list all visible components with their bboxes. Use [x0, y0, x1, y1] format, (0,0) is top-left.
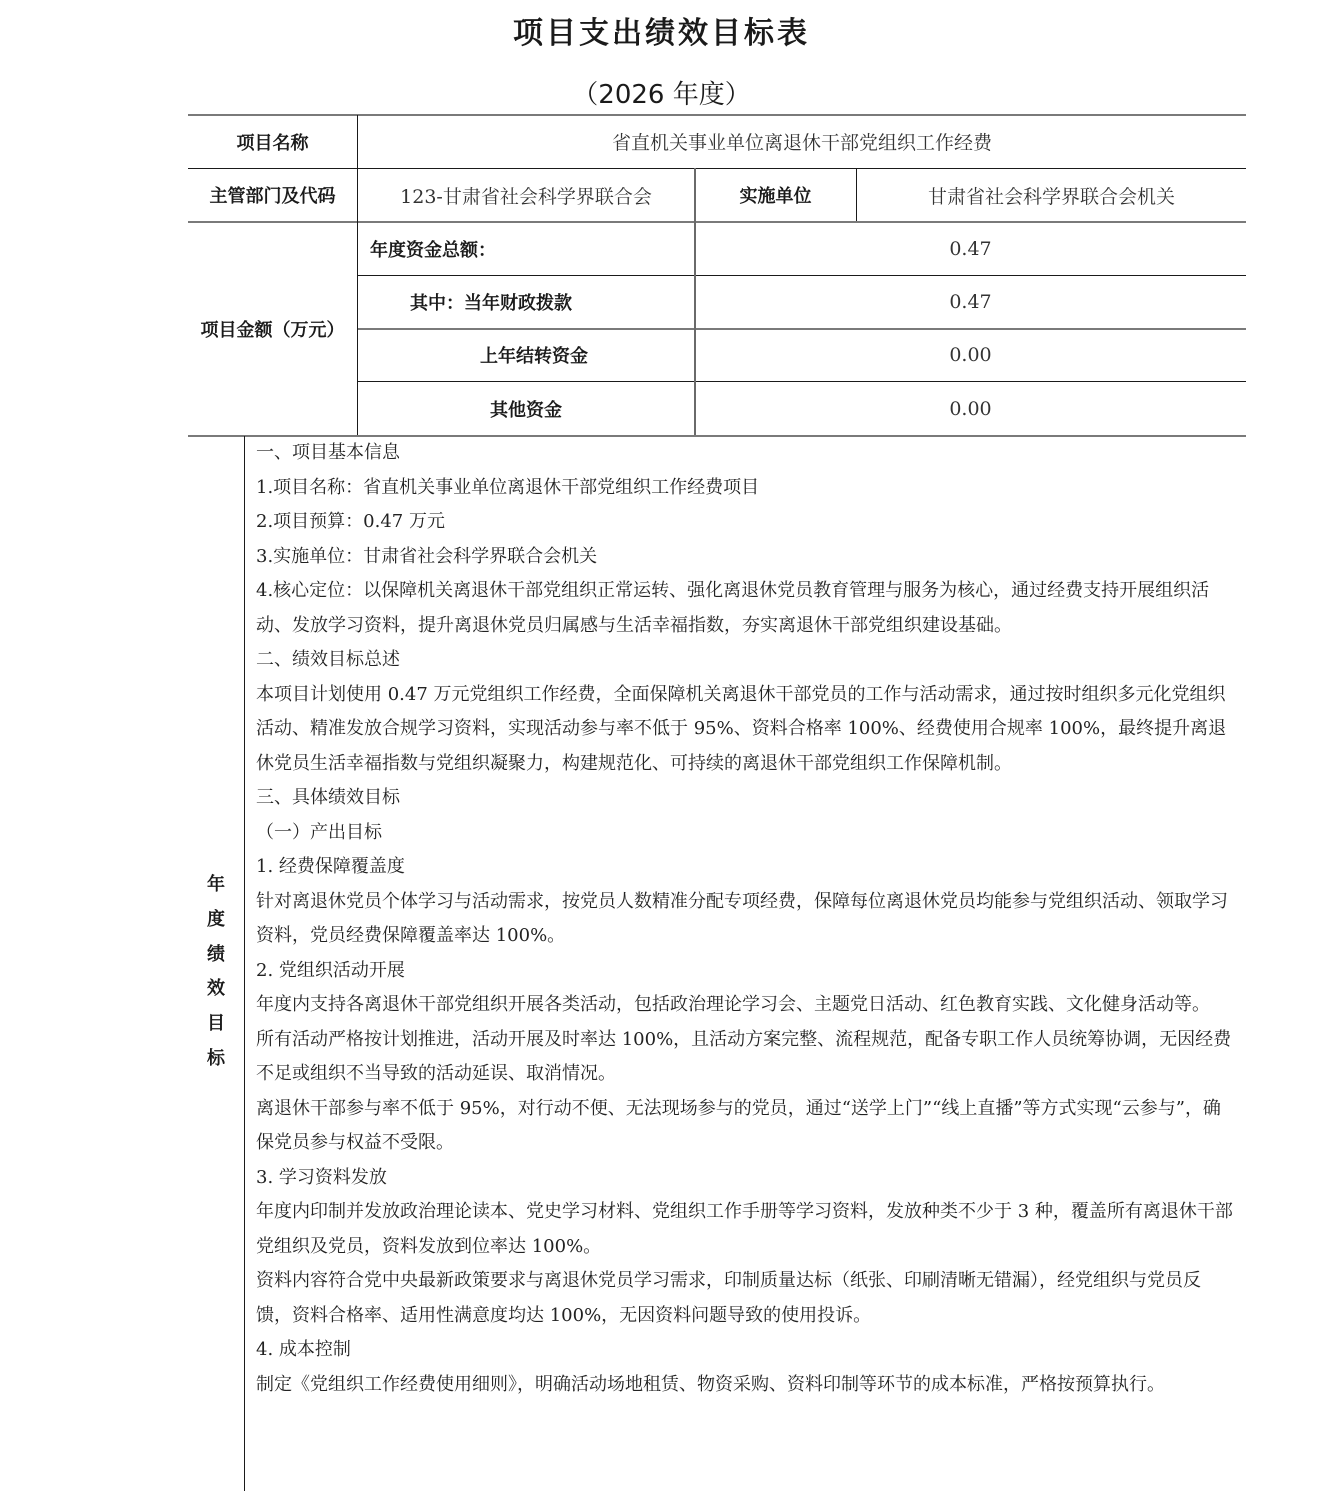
amount-carryover-value: 0.00 — [695, 329, 1246, 381]
goal-heading: 3. 学习资料发放 — [256, 1161, 1236, 1196]
amount-total-label: 年度资金总额： — [358, 222, 694, 275]
project-name-label: 项目名称 — [188, 115, 357, 168]
paragraph: 资料内容符合党中央最新政策要求与离退休党员学习需求，印制质量达标（纸张、印刷清晰… — [256, 1264, 1236, 1333]
project-name-value: 省直机关事业单位离退休干部党组织工作经费 — [358, 115, 1246, 168]
section-heading: 二、绩效目标总述 — [256, 643, 1236, 678]
amount-label: 项目金额（万元） — [188, 222, 357, 435]
subsection-heading: （一）产出目标 — [256, 816, 1236, 851]
paragraph: 离退休干部参与率不低于 95%，对行动不便、无法现场参与的党员，通过“送学上门”… — [256, 1092, 1236, 1161]
column-divider — [244, 436, 245, 1491]
annual-goals-label-char: 年 — [207, 868, 225, 903]
paragraph: 所有活动严格按计划推进，活动开展及时率达 100%，且活动方案完整、流程规范，配… — [256, 1023, 1236, 1092]
section-heading: 三、具体绩效目标 — [256, 781, 1236, 816]
info-item: 3.实施单位：甘肃省社会科学界联合会机关 — [256, 540, 1236, 575]
amount-other-value: 0.00 — [695, 382, 1246, 435]
paragraph: 年度内印制并发放政治理论读本、党史学习材料、党组织工作手册等学习资料，发放种类不… — [256, 1195, 1236, 1264]
paragraph: 制定《党组织工作经费使用细则》，明确活动场地租赁、物资采购、资料印制等环节的成本… — [256, 1368, 1236, 1403]
annual-goals-label-char: 目 — [207, 1007, 225, 1042]
department-label: 主管部门及代码 — [188, 169, 357, 221]
annual-goals-label-char: 效 — [207, 972, 225, 1007]
paragraph: 本项目计划使用 0.47 万元党组织工作经费，全面保障机关离退休干部党员的工作与… — [256, 678, 1236, 782]
goal-heading: 2. 党组织活动开展 — [256, 954, 1236, 989]
info-item: 1.项目名称：省直机关事业单位离退休干部党组织工作经费项目 — [256, 471, 1236, 506]
implementer-value: 甘肃省社会科学界联合会机关 — [857, 169, 1246, 221]
annual-goals-label-char: 绩 — [207, 938, 225, 973]
info-item: 4.核心定位：以保障机关离退休干部党组织正常运转、强化离退休党员教育管理与服务为… — [256, 574, 1236, 643]
annual-goals-label-char: 标 — [207, 1042, 225, 1077]
department-value: 123-甘肃省社会科学界联合会 — [358, 169, 694, 221]
annual-goals-label-char: 度 — [207, 903, 225, 938]
goal-heading: 1. 经费保障覆盖度 — [256, 850, 1236, 885]
section-heading: 一、项目基本信息 — [256, 436, 1236, 471]
amount-fiscal-label: 其中：当年财政拨款 — [358, 276, 694, 328]
amount-total-value: 0.47 — [695, 222, 1246, 275]
annual-goals-label: 年 度 绩 效 目 标 — [196, 868, 236, 1077]
paragraph: 年度内支持各离退休干部党组织开展各类活动，包括政治理论学习会、主题党日活动、红色… — [256, 988, 1236, 1023]
paragraph: 针对离退休党员个体学习与活动需求，按党员人数精准分配专项经费，保障每位离退休党员… — [256, 885, 1236, 954]
implementer-label: 实施单位 — [695, 169, 856, 221]
annual-goals-content: 一、项目基本信息 1.项目名称：省直机关事业单位离退休干部党组织工作经费项目 2… — [256, 436, 1236, 1402]
document-title: 项目支出绩效目标表 — [0, 8, 1323, 52]
amount-other-label: 其他资金 — [358, 382, 694, 435]
amount-fiscal-value: 0.47 — [695, 276, 1246, 328]
info-item: 2.项目预算：0.47 万元 — [256, 505, 1236, 540]
document-year: （2026 年度） — [0, 74, 1323, 111]
goal-heading: 4. 成本控制 — [256, 1333, 1236, 1368]
amount-carryover-label: 上年结转资金 — [358, 329, 694, 381]
